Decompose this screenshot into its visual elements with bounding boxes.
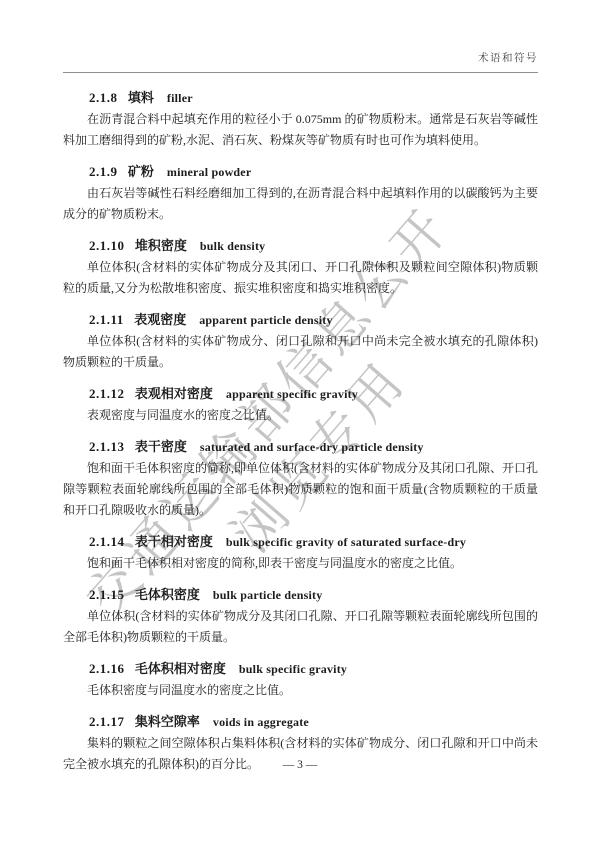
term-number: 2.1.12 — [89, 386, 125, 401]
term-heading: 2.1.14表干相对密度bulk specific gravity of sat… — [63, 531, 538, 553]
term-name-zh: 填料 — [128, 90, 154, 105]
term-name-zh: 堆积密度 — [135, 238, 187, 253]
term-name-zh: 表干相对密度 — [135, 534, 213, 549]
term-section: 2.1.15毛体积密度bulk particle density 单位体积(含材… — [63, 584, 538, 648]
term-heading: 2.1.10堆积密度bulk density — [63, 235, 538, 257]
term-heading: 2.1.13表干密度saturated and surface-dry part… — [63, 436, 538, 458]
term-heading: 2.1.12表观相对密度apparent specific gravity — [63, 383, 538, 405]
term-section: 2.1.8填料filler 在沥青混合料中起填充作用的粒径小于 0.075mm … — [63, 87, 538, 151]
term-heading: 2.1.8填料filler — [63, 87, 538, 109]
term-definition: 饱和面干毛体积密度的简称,即单位体积(含材料的实体矿物成分及其闭口孔隙、开口孔隙… — [63, 458, 538, 521]
term-heading: 2.1.17集料空隙率voids in aggregate — [63, 711, 538, 733]
document-page: 交通运输部信息公开 浏览专用 术语和符号 2.1.8填料filler 在沥青混合… — [0, 0, 600, 848]
term-number: 2.1.9 — [89, 164, 118, 179]
term-name-en: bulk specific gravity — [239, 662, 347, 676]
term-definition: 由石灰岩等碱性石料经磨细加工得到的,在沥青混合料中起填料作用的以碳酸钙为主要成分… — [63, 183, 538, 225]
term-section: 2.1.14表干相对密度bulk specific gravity of sat… — [63, 531, 538, 574]
term-definition: 单位体积(含材料的实体矿物成分及其闭口、开口孔隙体积及颗粒间空隙体积)物质颗粒的… — [63, 257, 538, 299]
term-name-en: bulk specific gravity of saturated surfa… — [226, 535, 466, 549]
term-name-zh: 毛体积密度 — [135, 587, 200, 602]
term-heading: 2.1.15毛体积密度bulk particle density — [63, 584, 538, 606]
term-definition: 饱和面干毛体积相对密度的简称,即表干密度与同温度水的密度之比值。 — [63, 553, 538, 574]
term-definition: 表观密度与同温度水的密度之比值。 — [63, 405, 538, 426]
term-section: 2.1.11表观密度apparent particle density 单位体积… — [63, 309, 538, 373]
term-number: 2.1.14 — [89, 534, 125, 549]
term-number: 2.1.13 — [89, 439, 125, 454]
term-name-en: apparent particle density — [199, 313, 332, 327]
page-number: — 3 — — [0, 759, 600, 771]
term-name-zh: 表观相对密度 — [135, 386, 213, 401]
term-number: 2.1.16 — [89, 661, 125, 676]
term-number: 2.1.10 — [89, 238, 125, 253]
term-name-en: filler — [167, 91, 193, 105]
running-head: 术语和符号 — [63, 50, 538, 73]
term-name-en: mineral powder — [167, 165, 251, 179]
term-number: 2.1.15 — [89, 587, 125, 602]
term-name-zh: 表观密度 — [134, 312, 186, 327]
term-number: 2.1.17 — [89, 714, 125, 729]
term-section: 2.1.12表观相对密度apparent specific gravity 表观… — [63, 383, 538, 426]
term-heading: 2.1.9矿粉mineral powder — [63, 161, 538, 183]
term-heading: 2.1.11表观密度apparent particle density — [63, 309, 538, 331]
term-name-en: bulk particle density — [213, 588, 323, 602]
term-name-zh: 矿粉 — [128, 164, 154, 179]
term-name-en: apparent specific gravity — [226, 387, 358, 401]
term-name-zh: 毛体积相对密度 — [135, 661, 226, 676]
term-heading: 2.1.16毛体积相对密度bulk specific gravity — [63, 658, 538, 680]
term-definition: 在沥青混合料中起填充作用的粒径小于 0.075mm 的矿物质粉末。通常是石灰岩等… — [63, 109, 538, 151]
terms-list: 2.1.8填料filler 在沥青混合料中起填充作用的粒径小于 0.075mm … — [63, 84, 538, 775]
term-definition: 单位体积(含材料的实体矿物成分、闭口孔隙和开口中尚未完全被水填充的孔隙体积)物质… — [63, 331, 538, 373]
term-number: 2.1.11 — [89, 312, 124, 327]
term-name-en: saturated and surface-dry particle densi… — [200, 440, 424, 454]
term-number: 2.1.8 — [89, 90, 118, 105]
term-definition: 单位体积(含材料的实体矿物成分及其闭口孔隙、开口孔隙等颗粒表面轮廓线所包围的全部… — [63, 606, 538, 648]
term-name-en: bulk density — [200, 239, 265, 253]
term-section: 2.1.10堆积密度bulk density 单位体积(含材料的实体矿物成分及其… — [63, 235, 538, 299]
term-name-zh: 表干密度 — [135, 439, 187, 454]
term-section: 2.1.9矿粉mineral powder 由石灰岩等碱性石料经磨细加工得到的,… — [63, 161, 538, 225]
term-name-en: voids in aggregate — [213, 715, 309, 729]
term-section: 2.1.16毛体积相对密度bulk specific gravity 毛体积密度… — [63, 658, 538, 701]
term-name-zh: 集料空隙率 — [135, 714, 200, 729]
term-definition: 毛体积密度与同温度水的密度之比值。 — [63, 680, 538, 701]
term-section: 2.1.13表干密度saturated and surface-dry part… — [63, 436, 538, 521]
